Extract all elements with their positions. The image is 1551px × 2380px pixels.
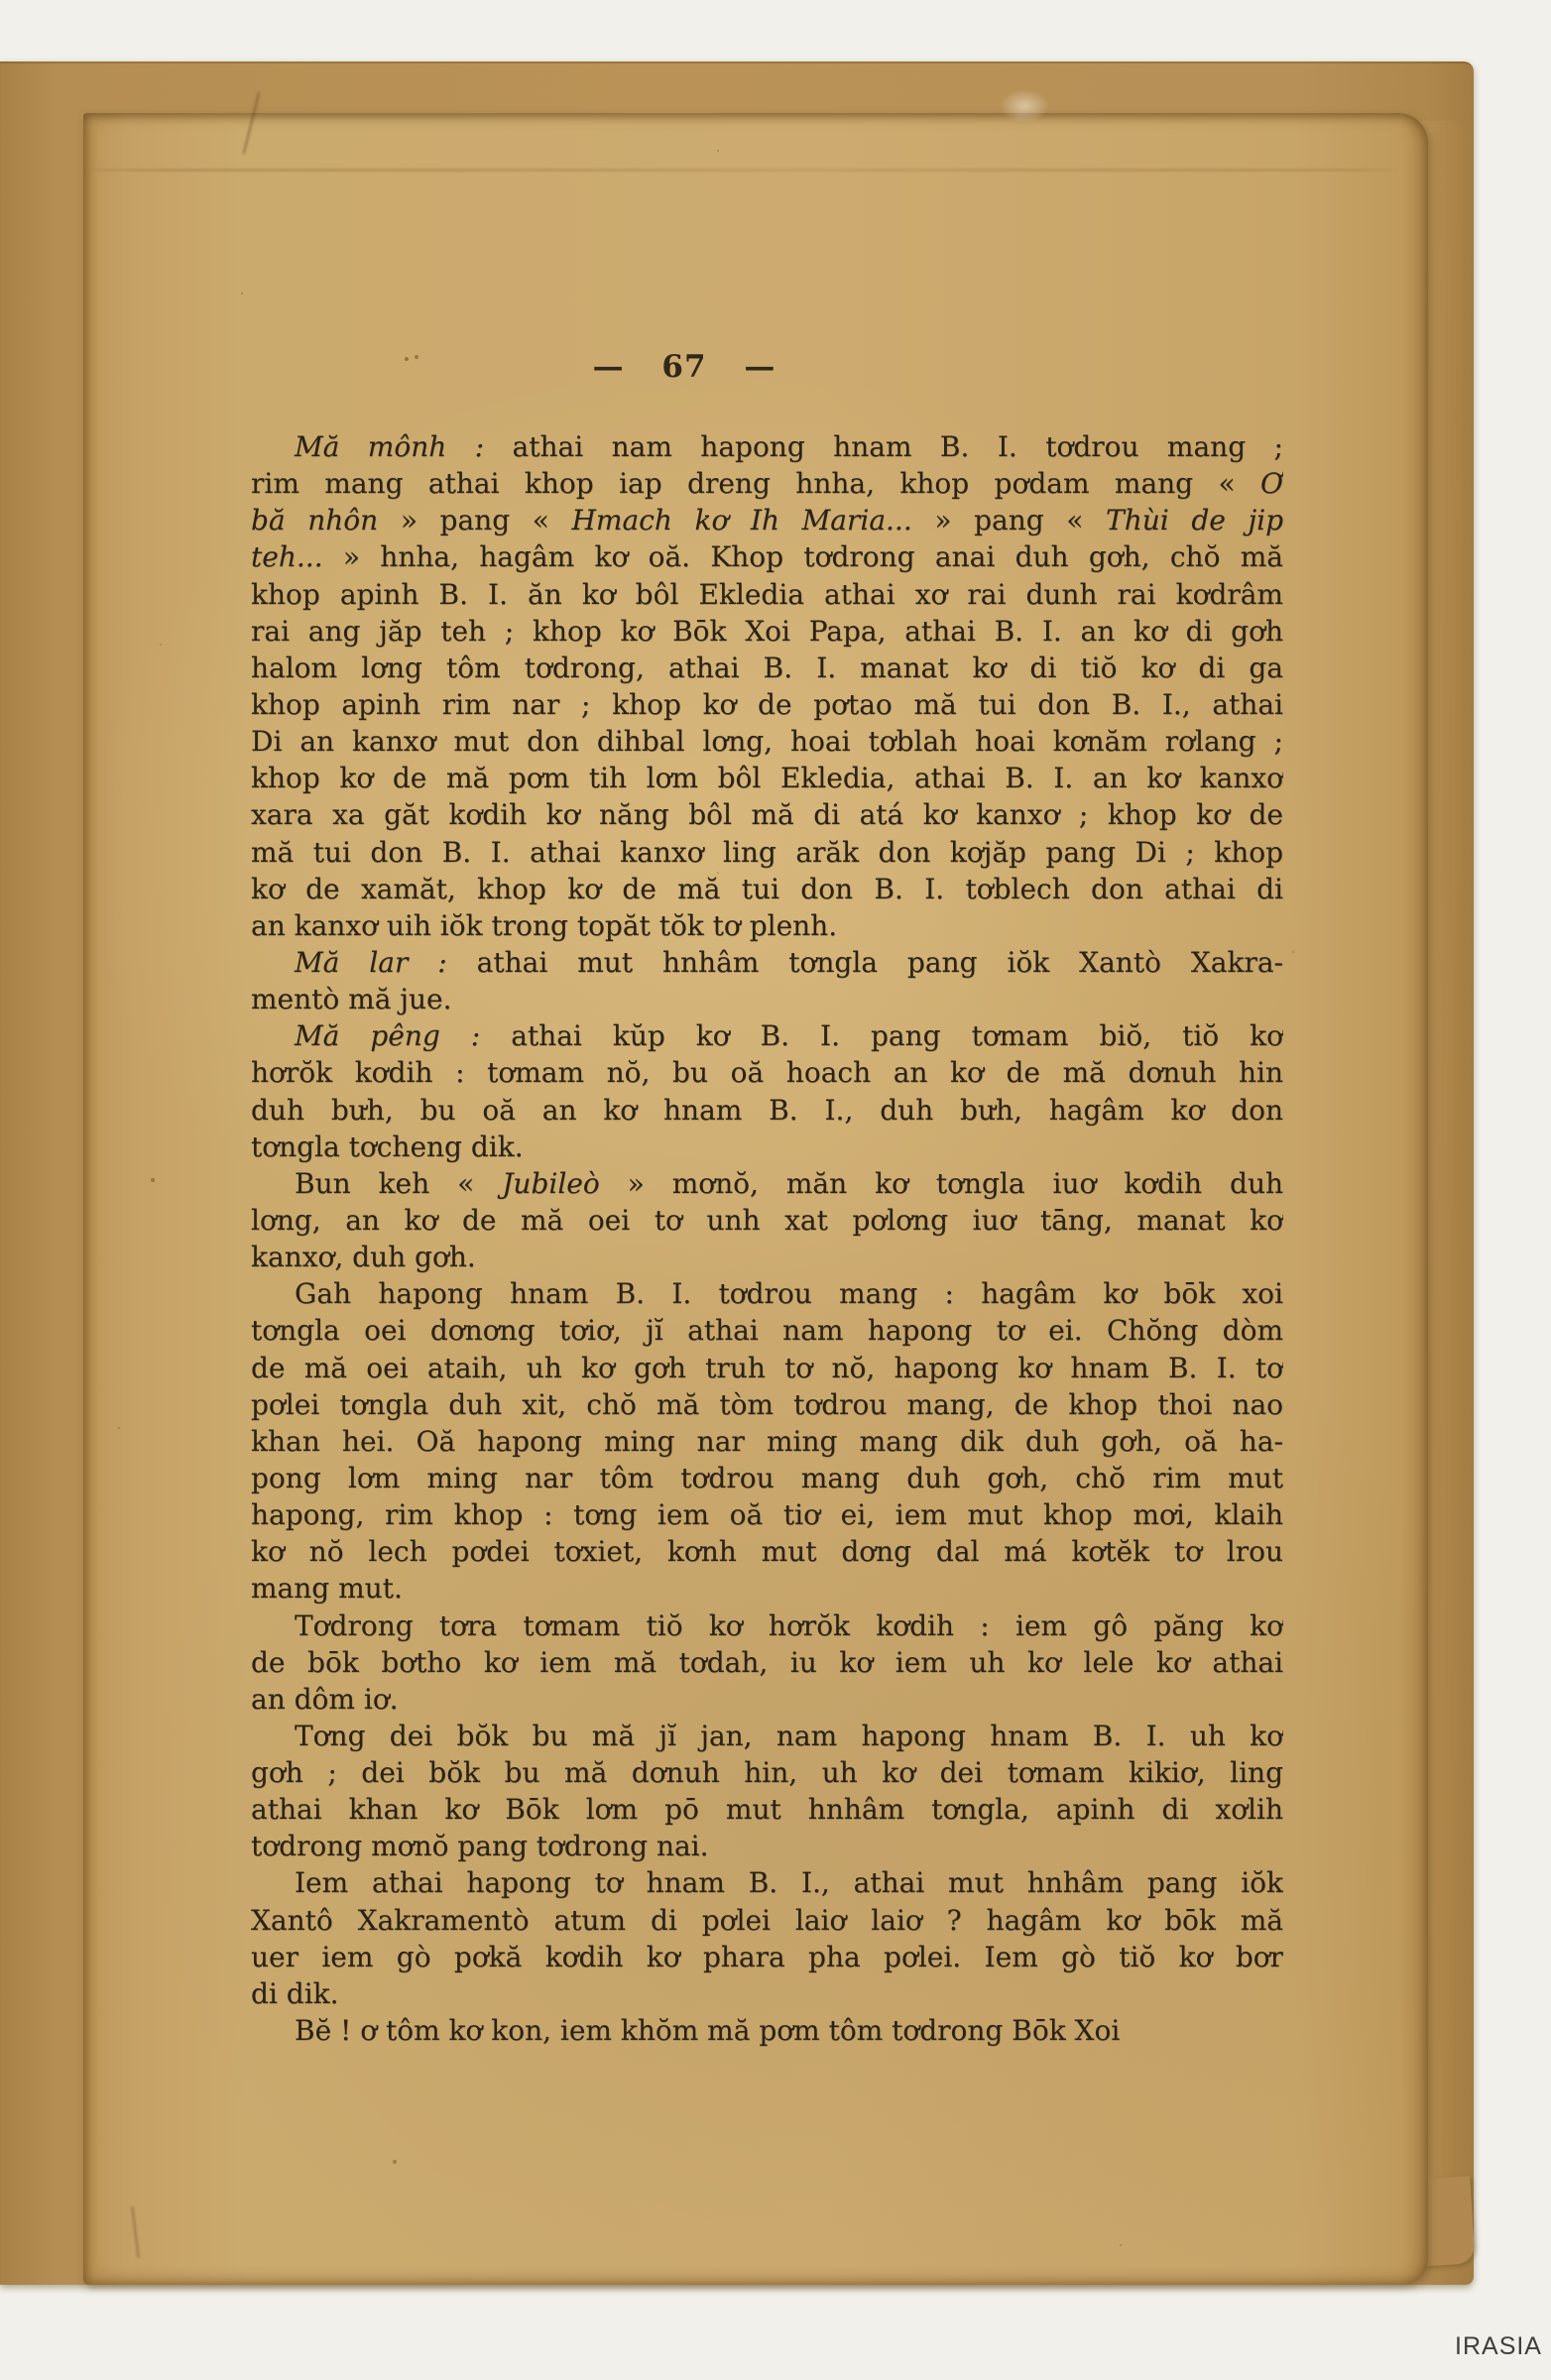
- book-page: — 67 — Mă mônh : athai nam hapong hnam B…: [83, 113, 1428, 2285]
- text-line: an dôm iơ.: [251, 1681, 1283, 1718]
- text-line: an kanxơ uih iŏk trong topăt tŏk tơ plen…: [251, 907, 1283, 944]
- text-line: Mă mônh : athai nam hapong hnam B. I. tơ…: [251, 428, 1283, 465]
- text-line: mă tui don B. I. athai kanxơ ling arăk d…: [251, 834, 1283, 871]
- text-line: Tơdrong tơra tơmam tiŏ kơ hơrŏk kơdih : …: [251, 1607, 1283, 1644]
- text-line: teh... » hnha, hagâm kơ oă. Khop tơdrong…: [251, 538, 1283, 575]
- text-line: de bōk bơtho kơ iem mă tơdah, iu kơ iem …: [251, 1644, 1283, 1681]
- text-line: hapong, rim khop : tơng iem oă tiơ ei, i…: [251, 1496, 1283, 1533]
- text-line: lơng, an kơ de mă oei tơ unh xat pơlơng …: [251, 1202, 1283, 1239]
- page-number: — 67 —: [486, 349, 883, 385]
- text-line: kơ nŏ lech pơdei tơxiet, kơnh mut dơng d…: [251, 1533, 1283, 1570]
- text-line: tơdrong mơnŏ pang tơdrong nai.: [251, 1828, 1283, 1864]
- text-line: kanxơ, duh gơh.: [251, 1239, 1283, 1275]
- paper-speckles: [405, 357, 409, 361]
- text-line: gơh ; dei bŏk bu mă dơnuh hin, uh kơ dei…: [251, 1754, 1283, 1791]
- text-line: halom lơng tôm tơdrong, athai B. I. mana…: [251, 650, 1283, 686]
- text-line: Mă lar : athai mut hnhâm tơngla pang iŏk…: [251, 944, 1283, 981]
- text-line: mang mut.: [251, 1570, 1283, 1606]
- text-line: khop kơ de mă pơm tih lơm bôl Ekledia, a…: [251, 760, 1283, 796]
- text-line: khop apinh B. I. ăn kơ bôl Ekledia athai…: [251, 576, 1283, 613]
- text-line: khan hei. Oă hapong ming nar ming mang d…: [251, 1423, 1283, 1460]
- text-line: tơngla oei dơnơng tơiơ, jĭ athai nam hap…: [251, 1312, 1283, 1349]
- text-line: Mă pêng : athai kŭp kơ B. I. pang tơmam …: [251, 1017, 1283, 1054]
- watermark-label: IRASIA: [1455, 2332, 1542, 2361]
- text-line: Gah hapong hnam B. I. tơdrou mang : hagâ…: [251, 1275, 1283, 1312]
- text-line: khop apinh rim nar ; khop kơ de pơtao mă…: [251, 686, 1283, 723]
- text-line: Iem athai hapong tơ hnam B. I., athai mu…: [251, 1864, 1283, 1901]
- text-line: mentò mă jue.: [251, 981, 1283, 1017]
- text-line: xara xa găt kơdih kơ năng bôl mă di atá …: [251, 796, 1283, 833]
- text-line: rai ang jăp teh ; khop kơ Bōk Xoi Papa, …: [251, 613, 1283, 650]
- text-line: kơ de xamăt, khop kơ de mă tui don B. I.…: [251, 871, 1283, 907]
- text-line: Di an kanxơ mut don dihbal lơng, hoai tơ…: [251, 723, 1283, 760]
- text-line: hơrŏk kơdih : tơmam nŏ, bu oă hoach an k…: [251, 1054, 1283, 1091]
- paper-light-stain: [1000, 89, 1049, 123]
- text-line: uer iem gò pơkă kơdih kơ phara pha pơlei…: [251, 1939, 1283, 1975]
- text-line: bă nhôn » pang « Hmach kơ Ih Maria... » …: [251, 502, 1283, 538]
- text-line: duh bưh, bu oă an kơ hnam B. I., duh bưh…: [251, 1092, 1283, 1129]
- text-line: pong lơm ming nar tôm tơdrou mang duh gơ…: [251, 1460, 1283, 1496]
- page-text: Mă mônh : athai nam hapong hnam B. I. tơ…: [251, 428, 1283, 2049]
- text-line: Tơng dei bŏk bu mă jĭ jan, nam hapong hn…: [251, 1718, 1283, 1754]
- scan-canvas: { "page": { "number": "— 67 —", "waterma…: [0, 0, 1551, 2380]
- text-line: tơngla tơcheng dik.: [251, 1129, 1283, 1165]
- text-line: pơlei tơngla duh xit, chŏ mă tòm tơdrou …: [251, 1386, 1283, 1423]
- text-line: Bun keh « Jubileò » mơnŏ, măn kơ tơngla …: [251, 1165, 1283, 1202]
- text-line: Bĕ ! ơ tôm kơ kon, iem khŏm mă pơm tôm t…: [251, 2012, 1283, 2049]
- text-line: di dik.: [251, 1975, 1283, 2012]
- text-line: athai khan kơ Bōk lơm pō mut hnhâm tơngl…: [251, 1791, 1283, 1828]
- text-line: Xantô Xakramentò atum di pơlei laiơ laiơ…: [251, 1902, 1283, 1939]
- text-line: rim mang athai khop iap dreng hnha, khop…: [251, 465, 1283, 502]
- text-line: de mă oei ataih, uh kơ gơh truh tơ nŏ, h…: [251, 1350, 1283, 1386]
